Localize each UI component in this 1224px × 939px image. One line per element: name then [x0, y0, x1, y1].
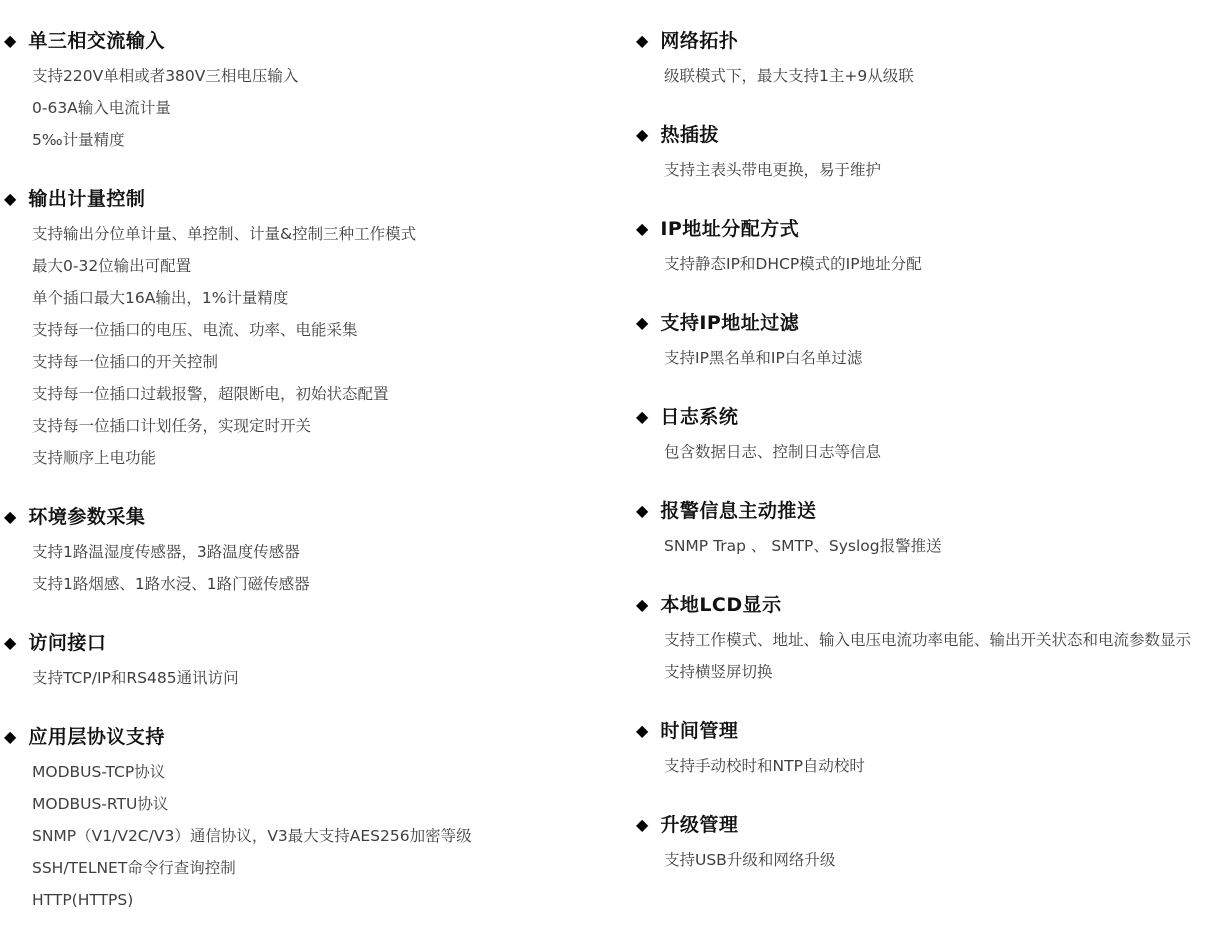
- section-heading: ◆ 环境参数采集: [4, 502, 619, 532]
- section-ip-filtering: ◆ 支持IP地址过滤 支持IP黑名单和IP白名单过滤: [636, 308, 1222, 374]
- section-ac-input: ◆ 单三相交流输入 支持220V单相或者380V三相电压输入 0-63A输入电流…: [4, 26, 619, 156]
- section-alarm-push: ◆ 报警信息主动推送 SNMP Trap 、 SMTP、Syslog报警推送: [636, 496, 1222, 562]
- feature-item: 支持静态IP和DHCP模式的IP地址分配: [636, 248, 1222, 280]
- feature-title: 支持IP地址过滤: [660, 308, 799, 338]
- diamond-bullet-icon: ◆: [636, 810, 648, 840]
- feature-item: SNMP Trap 、 SMTP、Syslog报警推送: [636, 530, 1222, 562]
- feature-title: 输出计量控制: [28, 184, 145, 214]
- section-network-topology: ◆ 网络拓扑 级联模式下，最大支持1主+9从级联: [636, 26, 1222, 92]
- diamond-bullet-icon: ◆: [636, 214, 648, 244]
- feature-item: 0-63A输入电流计量: [4, 92, 619, 124]
- section-heading: ◆ 单三相交流输入: [4, 26, 619, 56]
- diamond-bullet-icon: ◆: [4, 184, 16, 214]
- diamond-bullet-icon: ◆: [636, 120, 648, 150]
- feature-item: 5‰计量精度: [4, 124, 619, 156]
- diamond-bullet-icon: ◆: [636, 496, 648, 526]
- section-ip-assignment: ◆ IP地址分配方式 支持静态IP和DHCP模式的IP地址分配: [636, 214, 1222, 280]
- feature-item: 最大0-32位输出可配置: [4, 250, 619, 282]
- right-column: ◆ 网络拓扑 级联模式下，最大支持1主+9从级联 ◆ 热插拔 支持主表头带电更换…: [636, 26, 1222, 904]
- feature-title: 网络拓扑: [660, 26, 738, 56]
- feature-title: 访问接口: [28, 628, 106, 658]
- section-log-system: ◆ 日志系统 包含数据日志、控制日志等信息: [636, 402, 1222, 468]
- feature-title: 本地LCD显示: [660, 590, 781, 620]
- feature-item: 支持输出分位单计量、单控制、计量&控制三种工作模式: [4, 218, 619, 250]
- feature-title: IP地址分配方式: [660, 214, 799, 244]
- feature-item: MODBUS-RTU协议: [4, 788, 619, 820]
- feature-item: 支持每一位插口计划任务，实现定时开关: [4, 410, 619, 442]
- section-local-lcd: ◆ 本地LCD显示 支持工作模式、地址、输入电压电流功率电能、输出开关状态和电流…: [636, 590, 1222, 688]
- section-output-metering-control: ◆ 输出计量控制 支持输出分位单计量、单控制、计量&控制三种工作模式 最大0-3…: [4, 184, 619, 474]
- section-heading: ◆ 输出计量控制: [4, 184, 619, 214]
- section-heading: ◆ 访问接口: [4, 628, 619, 658]
- diamond-bullet-icon: ◆: [4, 26, 16, 56]
- section-hot-swap: ◆ 热插拔 支持主表头带电更换，易于维护: [636, 120, 1222, 186]
- feature-item: 支持顺序上电功能: [4, 442, 619, 474]
- section-heading: ◆ 本地LCD显示: [636, 590, 1222, 620]
- feature-item: SNMP（V1/V2C/V3）通信协议，V3最大支持AES256加密等级: [4, 820, 619, 852]
- feature-item: 支持TCP/IP和RS485通讯访问: [4, 662, 619, 694]
- section-access-interface: ◆ 访问接口 支持TCP/IP和RS485通讯访问: [4, 628, 619, 694]
- feature-title: 应用层协议支持: [28, 722, 165, 752]
- section-heading: ◆ 时间管理: [636, 716, 1222, 746]
- feature-item: 支持横竖屏切换: [636, 656, 1222, 688]
- section-heading: ◆ IP地址分配方式: [636, 214, 1222, 244]
- section-heading: ◆ 日志系统: [636, 402, 1222, 432]
- diamond-bullet-icon: ◆: [4, 502, 16, 532]
- feature-item: 支持工作模式、地址、输入电压电流功率电能、输出开关状态和电流参数显示: [636, 624, 1222, 656]
- feature-item: 支持220V单相或者380V三相电压输入: [4, 60, 619, 92]
- section-environment-params: ◆ 环境参数采集 支持1路温湿度传感器，3路温度传感器 支持1路烟感、1路水浸、…: [4, 502, 619, 600]
- feature-title: 日志系统: [660, 402, 738, 432]
- left-column: ◆ 单三相交流输入 支持220V单相或者380V三相电压输入 0-63A输入电流…: [4, 26, 619, 939]
- feature-item: 支持手动校时和NTP自动校时: [636, 750, 1222, 782]
- feature-item: 支持USB升级和网络升级: [636, 844, 1222, 876]
- diamond-bullet-icon: ◆: [636, 716, 648, 746]
- feature-item: SSH/TELNET命令行查询控制: [4, 852, 619, 884]
- feature-item: 级联模式下，最大支持1主+9从级联: [636, 60, 1222, 92]
- section-heading: ◆ 应用层协议支持: [4, 722, 619, 752]
- section-heading: ◆ 网络拓扑: [636, 26, 1222, 56]
- feature-item: MODBUS-TCP协议: [4, 756, 619, 788]
- feature-title: 升级管理: [660, 810, 738, 840]
- feature-item: 支持主表头带电更换，易于维护: [636, 154, 1222, 186]
- feature-title: 单三相交流输入: [28, 26, 165, 56]
- diamond-bullet-icon: ◆: [4, 722, 16, 752]
- section-heading: ◆ 热插拔: [636, 120, 1222, 150]
- section-heading: ◆ 报警信息主动推送: [636, 496, 1222, 526]
- section-heading: ◆ 升级管理: [636, 810, 1222, 840]
- feature-item: 支持每一位插口的电压、电流、功率、电能采集: [4, 314, 619, 346]
- diamond-bullet-icon: ◆: [4, 628, 16, 658]
- feature-item: 支持1路烟感、1路水浸、1路门磁传感器: [4, 568, 619, 600]
- diamond-bullet-icon: ◆: [636, 308, 648, 338]
- section-time-management: ◆ 时间管理 支持手动校时和NTP自动校时: [636, 716, 1222, 782]
- feature-item: 支持IP黑名单和IP白名单过滤: [636, 342, 1222, 374]
- feature-title: 环境参数采集: [28, 502, 145, 532]
- feature-title: 热插拔: [660, 120, 719, 150]
- diamond-bullet-icon: ◆: [636, 402, 648, 432]
- diamond-bullet-icon: ◆: [636, 590, 648, 620]
- feature-item: 单个插口最大16A输出，1%计量精度: [4, 282, 619, 314]
- feature-item: 支持每一位插口过载报警，超限断电，初始状态配置: [4, 378, 619, 410]
- diamond-bullet-icon: ◆: [636, 26, 648, 56]
- feature-item: 包含数据日志、控制日志等信息: [636, 436, 1222, 468]
- section-upgrade-management: ◆ 升级管理 支持USB升级和网络升级: [636, 810, 1222, 876]
- section-heading: ◆ 支持IP地址过滤: [636, 308, 1222, 338]
- feature-item: 支持1路温湿度传感器，3路温度传感器: [4, 536, 619, 568]
- section-app-protocols: ◆ 应用层协议支持 MODBUS-TCP协议 MODBUS-RTU协议 SNMP…: [4, 722, 619, 916]
- feature-item: 支持每一位插口的开关控制: [4, 346, 619, 378]
- feature-title: 时间管理: [660, 716, 738, 746]
- feature-title: 报警信息主动推送: [660, 496, 816, 526]
- feature-item: HTTP(HTTPS): [4, 884, 619, 916]
